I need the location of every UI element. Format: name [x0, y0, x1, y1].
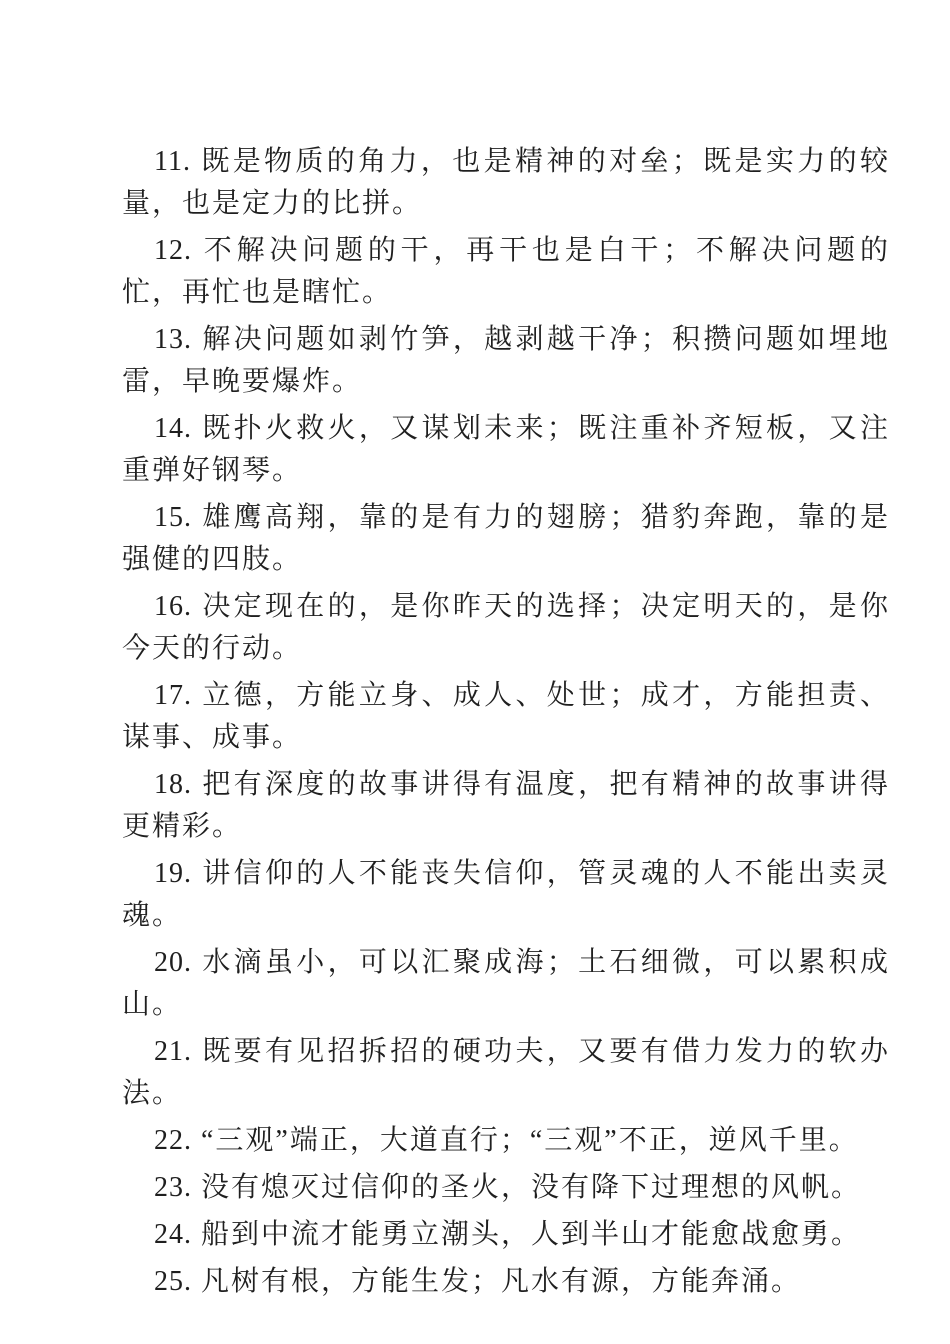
item-number: 17. — [154, 680, 192, 711]
item-number: 22. — [154, 1125, 192, 1156]
numbered-item: 17.立德，方能立身、成人、处世；成才，方能担责、谋事、成事。 — [122, 675, 890, 759]
document-page: 11.既是物质的角力，也是精神的对垒；既是实力的较量，也是定力的比拼。 12.不… — [0, 0, 950, 1344]
item-number: 21. — [154, 1036, 192, 1067]
item-text: 没有熄灭过信仰的圣火，没有降下过理想的风帆。 — [201, 1172, 861, 1203]
item-text: 把有深度的故事讲得有温度，把有精神的故事讲得更精彩。 — [122, 769, 890, 842]
item-number: 20. — [154, 947, 192, 978]
item-number: 15. — [154, 502, 192, 533]
item-number: 18. — [154, 769, 192, 800]
item-text: 既是物质的角力，也是精神的对垒；既是实力的较量，也是定力的比拼。 — [122, 146, 890, 219]
numbered-item: 14.既扑火救火，又谋划未来；既注重补齐短板，又注重弹好钢琴。 — [122, 408, 890, 492]
item-text: 不解决问题的干，再干也是白干；不解决问题的忙，再忙也是瞎忙。 — [122, 235, 890, 308]
item-text: 决定现在的，是你昨天的选择；决定明天的，是你今天的行动。 — [122, 591, 890, 664]
item-number: 23. — [154, 1172, 192, 1203]
item-text: 讲信仰的人不能丧失信仰，管灵魂的人不能出卖灵魂。 — [122, 858, 890, 931]
numbered-item: 19.讲信仰的人不能丧失信仰，管灵魂的人不能出卖灵魂。 — [122, 853, 890, 937]
item-text: 凡树有根，方能生发；凡水有源，方能奔涌。 — [201, 1266, 801, 1297]
item-number: 12. — [154, 235, 192, 266]
numbered-item: 15.雄鹰高翔，靠的是有力的翅膀；猎豹奔跑，靠的是强健的四肢。 — [122, 497, 890, 581]
numbered-item: 21.既要有见招拆招的硬功夫，又要有借力发力的软办法。 — [122, 1031, 890, 1115]
numbered-item: 18.把有深度的故事讲得有温度，把有精神的故事讲得更精彩。 — [122, 764, 890, 848]
item-number: 11. — [154, 146, 191, 177]
item-text: 解决问题如剥竹笋，越剥越干净；积攒问题如埋地雷，早晚要爆炸。 — [122, 324, 890, 397]
item-text: 水滴虽小，可以汇聚成海；土石细微，可以累积成山。 — [122, 947, 890, 1020]
numbered-item: 16.决定现在的，是你昨天的选择；决定明天的，是你今天的行动。 — [122, 586, 890, 670]
numbered-item: 20.水滴虽小，可以汇聚成海；土石细微，可以累积成山。 — [122, 942, 890, 1026]
item-number: 16. — [154, 591, 192, 622]
item-text: 立德，方能立身、成人、处世；成才，方能担责、谋事、成事。 — [122, 680, 890, 753]
numbered-item: 25.凡树有根，方能生发；凡水有源，方能奔涌。 — [122, 1261, 890, 1303]
item-text: 雄鹰高翔，靠的是有力的翅膀；猎豹奔跑，靠的是强健的四肢。 — [122, 502, 890, 575]
item-text: “三观”端正，大道直行；“三观”不正，逆风千里。 — [201, 1125, 859, 1156]
item-number: 13. — [154, 324, 192, 355]
numbered-item: 23.没有熄灭过信仰的圣火，没有降下过理想的风帆。 — [122, 1167, 890, 1209]
numbered-item: 13.解决问题如剥竹笋，越剥越干净；积攒问题如埋地雷，早晚要爆炸。 — [122, 319, 890, 403]
numbered-item: 12.不解决问题的干，再干也是白干；不解决问题的忙，再忙也是瞎忙。 — [122, 230, 890, 314]
item-number: 14. — [154, 413, 192, 444]
item-text: 船到中流才能勇立潮头，人到半山才能愈战愈勇。 — [201, 1219, 861, 1250]
item-text: 既扑火救火，又谋划未来；既注重补齐短板，又注重弹好钢琴。 — [122, 413, 890, 486]
item-number: 19. — [154, 858, 192, 889]
item-text: 既要有见招拆招的硬功夫，又要有借力发力的软办法。 — [122, 1036, 890, 1109]
item-number: 24. — [154, 1219, 192, 1250]
numbered-item: 11.既是物质的角力，也是精神的对垒；既是实力的较量，也是定力的比拼。 — [122, 141, 890, 225]
numbered-item: 24.船到中流才能勇立潮头，人到半山才能愈战愈勇。 — [122, 1214, 890, 1256]
numbered-item: 22.“三观”端正，大道直行；“三观”不正，逆风千里。 — [122, 1120, 890, 1162]
item-number: 25. — [154, 1266, 192, 1297]
